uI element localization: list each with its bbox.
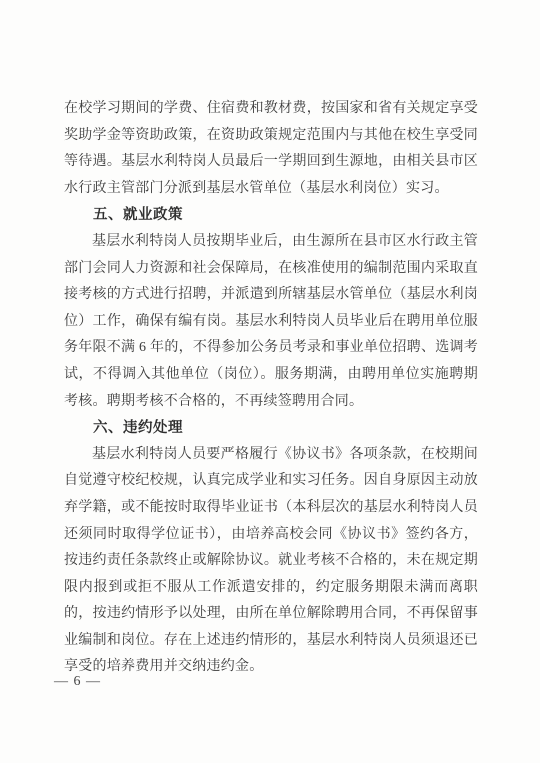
page-number: — 6 — — [54, 674, 101, 690]
paragraph-tuition-funding-continuation: 在校学习期间的学费、住宿费和教材费，按国家和省有关规定享受奖助学金等资助政策，在… — [64, 96, 478, 202]
document-page: 在校学习期间的学费、住宿费和教材费，按国家和省有关规定享受奖助学金等资助政策，在… — [0, 0, 540, 763]
section-heading-breach-handling: 六、违约处理 — [64, 415, 478, 442]
paragraph-employment-policy: 基层水利特岗人员按期毕业后，由生源所在县市区水行政主管部门会同人力资源和社会保障… — [64, 229, 478, 415]
paragraph-breach-handling: 基层水利特岗人员要严格履行《协议书》各项条款，在校期间自觉遵守校纪校规，认真完成… — [64, 442, 478, 681]
page-content: 在校学习期间的学费、住宿费和教材费，按国家和省有关规定享受奖助学金等资助政策，在… — [64, 96, 478, 681]
section-heading-employment-policy: 五、就业政策 — [64, 202, 478, 229]
